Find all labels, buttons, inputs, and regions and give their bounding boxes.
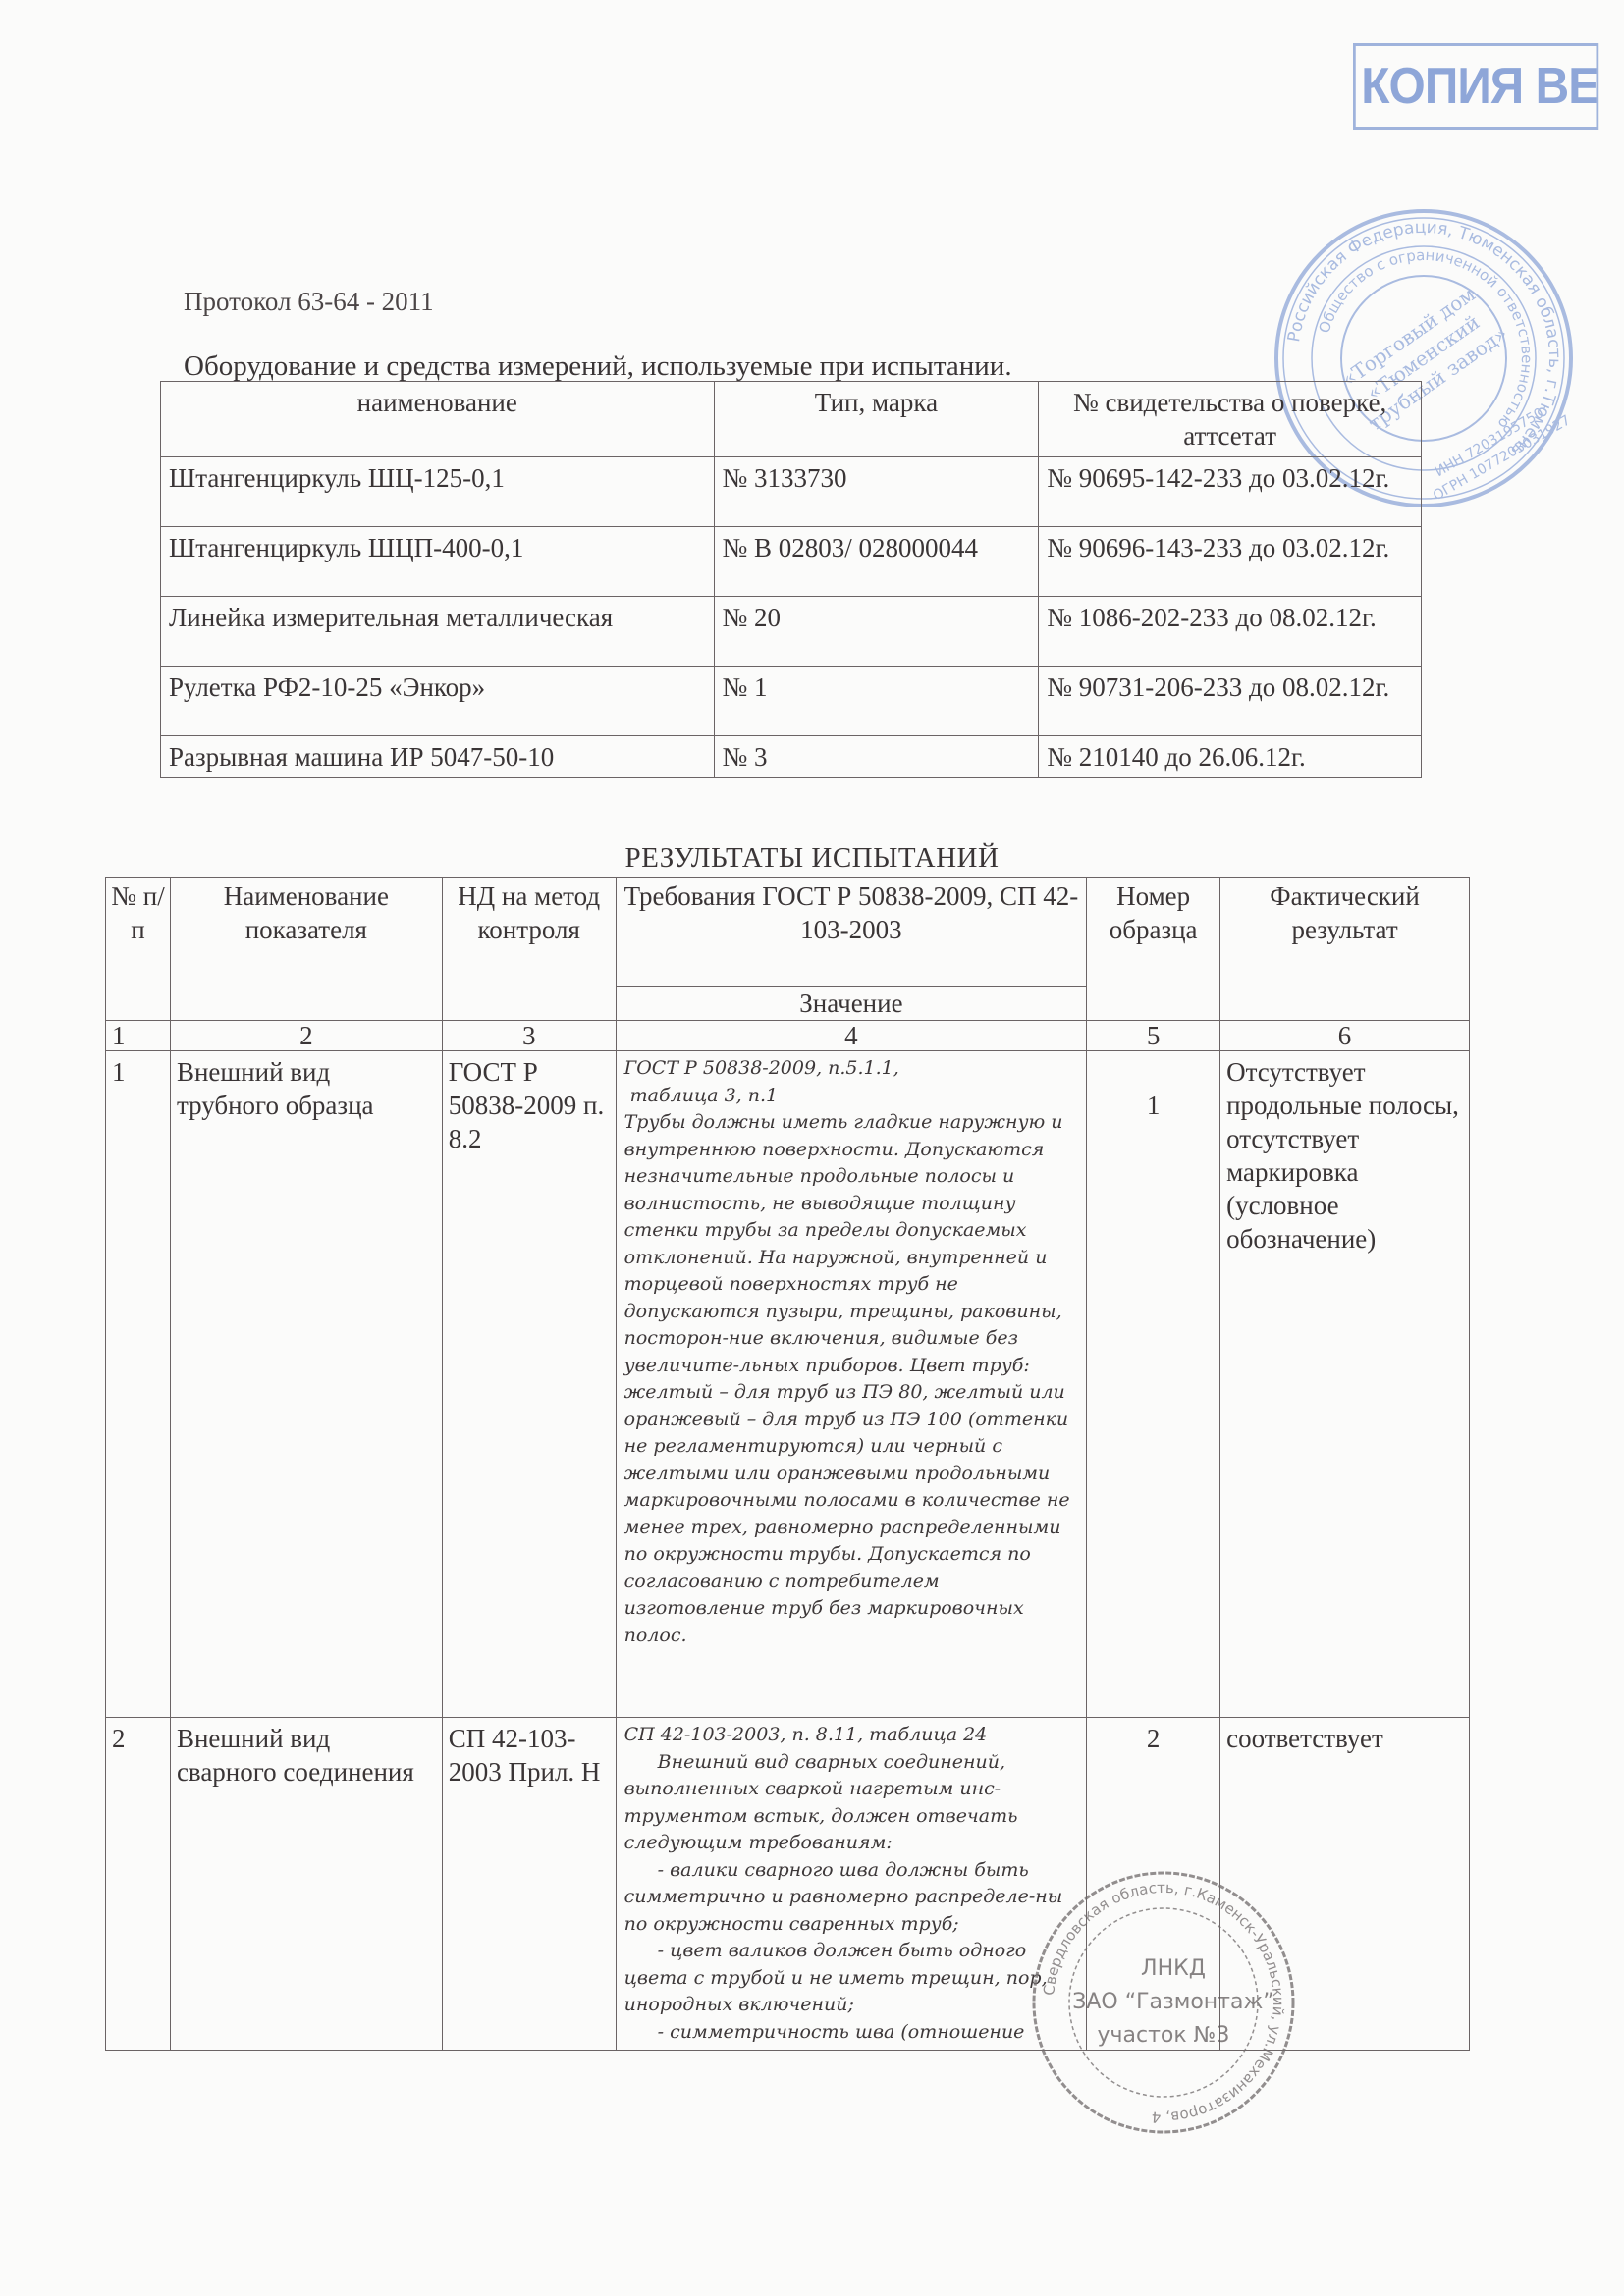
requirement-body: Трубы должны иметь гладкие наружную и вн… bbox=[624, 1109, 1079, 1649]
equipment-certificate: № 90731-206-233 до 08.02.12г. bbox=[1039, 667, 1422, 736]
results-title: РЕЗУЛЬТАТЫ ИСПЫТАНИЙ bbox=[0, 842, 1624, 875]
equipment-name: Штангенциркуль ШЦ-125-0,1 bbox=[161, 457, 715, 527]
equipment-caption: Оборудование и средства измерений, испол… bbox=[184, 350, 1012, 383]
requirement-text: СП 42-103-2003, п. 8.11, таблица 24 Внеш… bbox=[616, 1718, 1087, 2051]
column-subheader-value: Значение bbox=[616, 987, 1087, 1021]
column-header-requirements: Требования ГОСТ Р 50838-2009, СП 42-103-… bbox=[616, 878, 1087, 987]
indicator-name: Внешний вид трубного образца bbox=[170, 1051, 442, 1718]
method-document: СП 42-103-2003 Прил. Н bbox=[442, 1718, 616, 2051]
equipment-certificate: № 210140 до 26.06.12г. bbox=[1039, 736, 1422, 778]
table-row: Разрывная машина ИР 5047-50-10 № 3 № 210… bbox=[161, 736, 1422, 778]
requirement-text: ГОСТ Р 50838-2009, п.5.1.1, таблица 3, п… bbox=[616, 1051, 1087, 1718]
requirement-item: - валики сварного шва должны быть симмет… bbox=[624, 1857, 1079, 1939]
equipment-name: Штангенциркуль ШЦП-400-0,1 bbox=[161, 527, 715, 597]
table-row: 1 Внешний вид трубного образца ГОСТ Р 50… bbox=[106, 1051, 1470, 1718]
requirement-reference-table: таблица 3, п.1 bbox=[624, 1083, 1079, 1110]
method-document: ГОСТ Р 50838-2009 п. 8.2 bbox=[442, 1051, 616, 1718]
copy-stamp: КОПИЯ ВЕРНА bbox=[1353, 43, 1598, 130]
column-header-type: Тип, марка bbox=[714, 382, 1039, 457]
column-header-certificate: № свидетельства о поверке, аттсетат bbox=[1039, 382, 1422, 457]
column-number: 3 bbox=[442, 1021, 616, 1051]
column-number: 1 bbox=[106, 1021, 171, 1051]
equipment-certificate: № 90696-143-233 до 03.02.12г. bbox=[1039, 527, 1422, 597]
equipment-type: № 1 bbox=[714, 667, 1039, 736]
protocol-title: Протокол 63-64 - 2011 bbox=[184, 287, 434, 317]
lab-seal-line-2: ЗАО “Газмонтаж” bbox=[1072, 1990, 1273, 2014]
column-header-method: НД на метод контроля bbox=[442, 878, 616, 1021]
sample-number: 1 bbox=[1087, 1051, 1220, 1718]
equipment-table-header: наименование Тип, марка № свидетельства … bbox=[161, 382, 1422, 457]
requirement-item: - цвет валиков должен быть одного цвета … bbox=[624, 1938, 1079, 2019]
equipment-certificate: № 1086-202-233 до 08.02.12г. bbox=[1039, 597, 1422, 667]
row-number: 1 bbox=[106, 1051, 171, 1718]
lab-seal-line-1: ЛНКД bbox=[1141, 1956, 1206, 1981]
column-header-name: наименование bbox=[161, 382, 715, 457]
requirement-item: - симметричность шва (отношение bbox=[624, 2019, 1079, 2047]
equipment-certificate: № 90695-142-233 до 03.02.12г. bbox=[1039, 457, 1422, 527]
table-row: Линейка измерительная металлическая № 20… bbox=[161, 597, 1422, 667]
lab-seal-stamp: Свердловская область, г.Каменск-Уральски… bbox=[1026, 1865, 1301, 2140]
lab-seal-line-3: участок №3 bbox=[1097, 2023, 1229, 2048]
row-number: 2 bbox=[106, 1718, 171, 2051]
requirement-intro: Внешний вид сварных соединений, выполнен… bbox=[624, 1749, 1079, 1857]
requirement-reference: СП 42-103-2003, п. 8.11, таблица 24 bbox=[624, 1722, 1079, 1749]
equipment-type: № 3 bbox=[714, 736, 1039, 778]
column-numbers-row: 1 2 3 4 5 6 bbox=[106, 1021, 1470, 1051]
actual-result: Отсутствует продольные полосы, отсутству… bbox=[1220, 1051, 1470, 1718]
results-header-row: № п/п Наименование показателя НД на мето… bbox=[106, 878, 1470, 987]
equipment-name: Линейка измерительная металлическая bbox=[161, 597, 715, 667]
column-header-actual: Фактический результат bbox=[1220, 878, 1470, 1021]
column-number: 4 bbox=[616, 1021, 1087, 1051]
equipment-type: № 3133730 bbox=[714, 457, 1039, 527]
table-row: Рулетка РФ2-10-25 «Энкор» № 1 № 90731-20… bbox=[161, 667, 1422, 736]
requirement-reference: ГОСТ Р 50838-2009, п.5.1.1, bbox=[624, 1055, 1079, 1083]
column-number: 5 bbox=[1087, 1021, 1220, 1051]
table-row: Штангенциркуль ШЦ-125-0,1 № 3133730 № 90… bbox=[161, 457, 1422, 527]
column-header-number: № п/п bbox=[106, 878, 171, 1021]
column-number: 2 bbox=[170, 1021, 442, 1051]
column-header-indicator: Наименование показателя bbox=[170, 878, 442, 1021]
equipment-name: Рулетка РФ2-10-25 «Энкор» bbox=[161, 667, 715, 736]
column-number: 6 bbox=[1220, 1021, 1470, 1051]
equipment-type: № 20 bbox=[714, 597, 1039, 667]
column-header-sample: Номер образца bbox=[1087, 878, 1220, 1021]
indicator-name: Внешний вид сварного соединения bbox=[170, 1718, 442, 2051]
equipment-table: наименование Тип, марка № свидетельства … bbox=[160, 381, 1422, 778]
equipment-name: Разрывная машина ИР 5047-50-10 bbox=[161, 736, 715, 778]
table-row: Штангенциркуль ШЦП-400-0,1 № В 02803/ 02… bbox=[161, 527, 1422, 597]
equipment-type: № В 02803/ 028000044 bbox=[714, 527, 1039, 597]
